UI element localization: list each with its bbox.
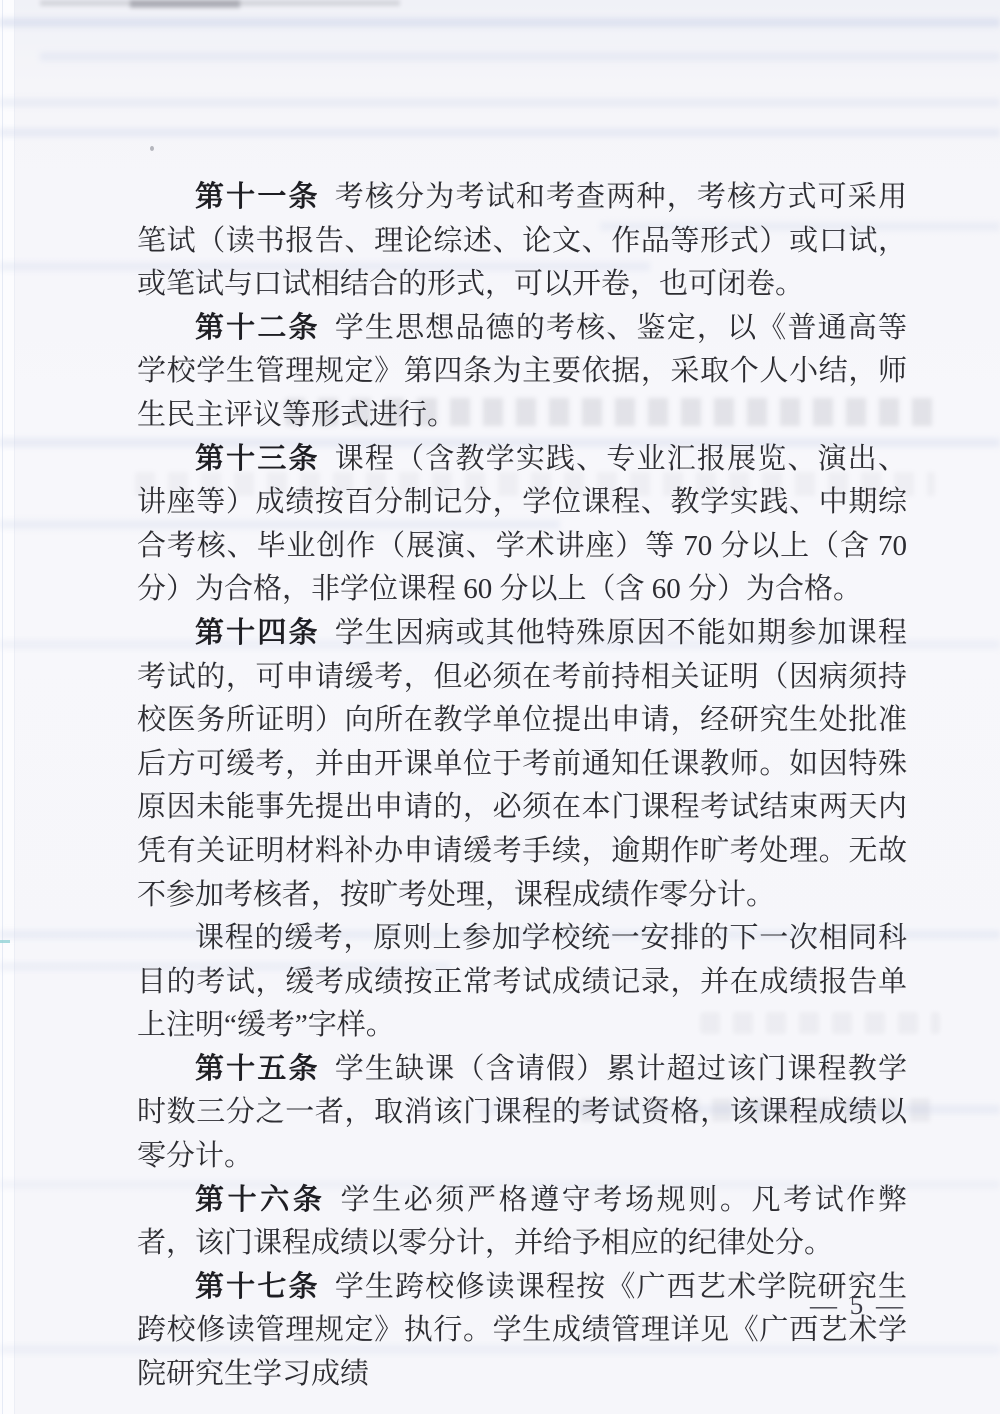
article-paragraph: 课程的缓考，原则上参加学校统一安排的下一次相同科目的考试，缓考成绩按正常考试成绩… (137, 917, 907, 1048)
scan-streak (0, 98, 1000, 107)
scan-streak (0, 128, 1000, 137)
article-number: 第十四条 (195, 617, 320, 649)
scanner-smudge (40, 0, 400, 6)
article-paragraph: 第十六条学生必须严格遵守考场规则。凡考试作弊者，该门课程成绩以零分计，并给予相应… (137, 1179, 907, 1266)
article-paragraph: 第十三条课程（含教学实践、专业汇报展览、演出、讲座等）成绩按百分制记分，学位课程… (137, 438, 907, 612)
registration-mark (0, 940, 10, 943)
article-number: 第十二条 (195, 312, 320, 344)
article-text: 学生因病或其他特殊原因不能如期参加课程考试的，可申请缓考，但必须在考前持相关证明… (137, 617, 907, 911)
scanned-page: 第十一条考核分为考试和考查两种，考核方式可采用笔试（读书报告、理论综述、论文、作… (0, 0, 1000, 1414)
article-paragraph: 第十一条考核分为考试和考查两种，考核方式可采用笔试（读书报告、理论综述、论文、作… (137, 176, 907, 307)
article-number: 第十七条 (195, 1271, 320, 1303)
article-number: 第十五条 (195, 1053, 320, 1085)
article-number: 第十六条 (195, 1184, 325, 1216)
article-paragraph: 第十七条学生跨校修读课程按《广西艺术学院研究生跨校修读管理规定》执行。学生成绩管… (137, 1266, 907, 1397)
scan-streak (0, 18, 1000, 27)
paper-speck (150, 146, 154, 151)
article-text: 课程的缓考，原则上参加学校统一安排的下一次相同科目的考试，缓考成绩按正常考试成绩… (137, 922, 907, 1041)
article-paragraph: 第十二条学生思想品德的考核、鉴定，以《普通高等学校学生管理规定》第四条为主要依据… (137, 307, 907, 438)
article-number: 第十一条 (195, 181, 320, 213)
scan-streak (40, 52, 1000, 61)
scanner-smudge (130, 0, 240, 8)
article-number: 第十三条 (195, 443, 320, 475)
article-paragraph: 第十五条学生缺课（含请假）累计超过该门课程教学时数三分之一者，取消该门课程的考试… (137, 1048, 907, 1179)
article-paragraph: 第十四条学生因病或其他特殊原因不能如期参加课程考试的，可申请缓考，但必须在考前持… (137, 612, 907, 917)
document-body: 第十一条考核分为考试和考查两种，考核方式可采用笔试（读书报告、理论综述、论文、作… (137, 176, 907, 1397)
scan-edge-line (2, 0, 3, 1414)
page-number: — 5 — (810, 1290, 906, 1321)
